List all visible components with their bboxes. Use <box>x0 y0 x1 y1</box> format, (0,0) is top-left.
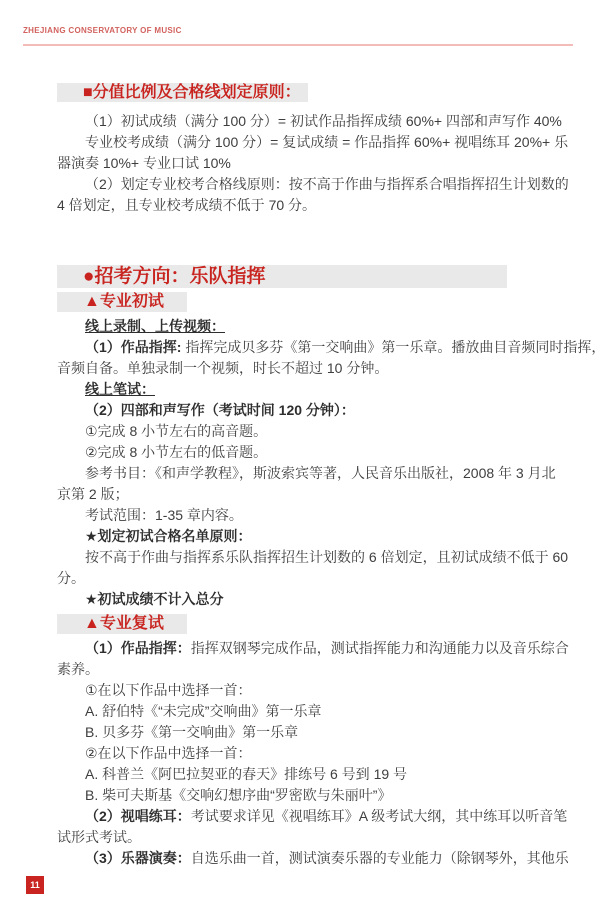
line-text: 考试要求详见《视唱练耳》A 级考试大纲，其中练耳以听音笔 <box>191 808 567 824</box>
line-text: 自选乐曲一首，测试演奏乐器的专业能力（除钢琴外，其他乐 <box>191 850 569 866</box>
text-line: ②在以下作品中选择一首： <box>57 743 557 764</box>
text-line: B. 贝多芬《第一交响曲》第一乐章 <box>57 722 557 743</box>
line-label: （1）作品指挥： <box>85 640 191 656</box>
line-text: 指挥双钢琴完成作品，测试指挥能力和沟通能力以及音乐综合 <box>191 640 569 656</box>
line-label: （3）乐器演奏： <box>85 850 191 866</box>
text-line: B. 柴可夫斯基《交响幻想序曲“罗密欧与朱丽叶”》 <box>57 785 557 806</box>
subsection-heading: ▲专业初试 <box>57 292 187 312</box>
brand-title: ZHEJIANG CONSERVATORY OF MUSIC <box>23 26 182 35</box>
text-line: （1）作品指挥：指挥双钢琴完成作品，测试指挥能力和沟通能力以及音乐综合 <box>57 638 557 659</box>
text-line: 京第 2 版； <box>57 484 557 505</box>
text-line: ★初试成绩不计入总分 <box>57 589 557 610</box>
text-line: 线上笔试： <box>57 379 557 400</box>
text-line: 分。 <box>57 568 557 589</box>
text-line: ①在以下作品中选择一首： <box>57 680 557 701</box>
text-line: （1）作品指挥: 指挥完成贝多芬《第一交响曲》第一乐章。播放曲目音频同时指挥， <box>57 337 557 358</box>
line-text: 指挥完成贝多芬《第一交响曲》第一乐章。播放曲目音频同时指挥， <box>185 339 600 355</box>
text-line: ②完成 8 小节左右的低音题。 <box>57 442 557 463</box>
line-label: （1）作品指挥: <box>85 339 185 355</box>
text-line: （2）四部和声写作（考试时间 120 分钟）： <box>57 400 557 421</box>
text-line: 考试范围：1-35 章内容。 <box>57 505 557 526</box>
document-body: ■分值比例及合格线划定原则：（1）初试成绩（满分 100 分）= 初试作品指挥成… <box>57 83 557 869</box>
text-line: 器演奏 10%+ 专业口试 10% <box>57 153 557 174</box>
section-heading-direction: ●招考方向：乐队指挥 <box>57 265 507 288</box>
text-line: （3）乐器演奏：自选乐曲一首，测试演奏乐器的专业能力（除钢琴外，其他乐 <box>57 848 557 869</box>
line-label: （2）视唱练耳： <box>85 808 191 824</box>
header-rule <box>23 44 573 46</box>
text-line: 音频自备。单独录制一个视频，时长不超过 10 分钟。 <box>57 358 557 379</box>
text-line: 4 倍划定，且专业校考成绩不低于 70 分。 <box>57 195 557 216</box>
text-line: 素养。 <box>57 659 557 680</box>
text-line: 按不高于作曲与指挥系乐队指挥招生计划数的 6 倍划定，且初试成绩不低于 60 <box>57 547 557 568</box>
text-line: （2）划定专业校考合格线原则：按不高于作曲与指挥系合唱指挥招生计划数的 <box>57 174 557 195</box>
section-heading-score-rules: ■分值比例及合格线划定原则： <box>57 83 308 102</box>
subsection-heading: ▲专业复试 <box>57 614 187 634</box>
text-line: A. 科普兰《阿巴拉契亚的春天》排练号 6 号到 19 号 <box>57 764 557 785</box>
text-line: ①完成 8 小节左右的高音题。 <box>57 421 557 442</box>
document-page: ZHEJIANG CONSERVATORY OF MUSIC ■分值比例及合格线… <box>0 0 600 923</box>
text-line: （1）初试成绩（满分 100 分）= 初试作品指挥成绩 60%+ 四部和声写作 … <box>57 111 557 132</box>
page-number-badge: 11 <box>26 876 44 894</box>
text-line: 试形式考试。 <box>57 827 557 848</box>
text-line: 线上录制、上传视频： <box>57 316 557 337</box>
text-line: A. 舒伯特《“未完成”交响曲》第一乐章 <box>57 701 557 722</box>
text-line: 参考书目：《和声学教程》，斯波索宾等著，人民音乐出版社，2008 年 3 月北 <box>57 463 557 484</box>
text-line: ★划定初试合格名单原则： <box>57 526 557 547</box>
text-line: 专业校考成绩（满分 100 分）= 复试成绩 = 作品指挥 60%+ 视唱练耳 … <box>57 132 557 153</box>
text-line: （2）视唱练耳：考试要求详见《视唱练耳》A 级考试大纲，其中练耳以听音笔 <box>57 806 557 827</box>
